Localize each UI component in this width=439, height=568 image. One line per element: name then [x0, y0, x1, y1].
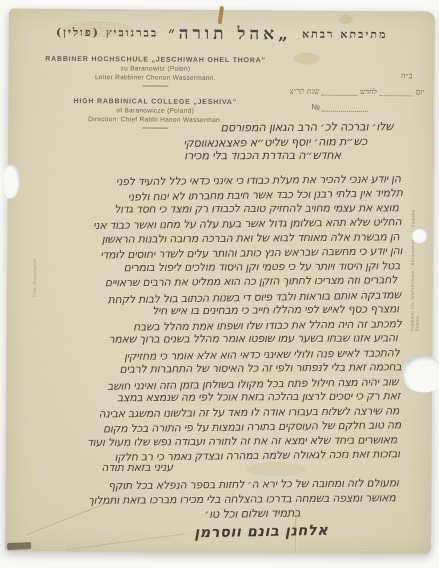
punch-hole: [411, 227, 427, 243]
number-blank: [322, 104, 368, 112]
paper-stain: [339, 15, 353, 24]
side-imprint-left: Druk. Baranowicze: [32, 237, 37, 297]
letter-paper: מתיבתא רבתא „אהל תורה״ בברנוביץ (פולין) …: [5, 9, 435, 555]
top-stain: [218, 6, 224, 24]
date-line: יום לחדש שנת תר״צ: [290, 86, 425, 96]
bottom-left-mark: [7, 542, 31, 550]
masthead-title: „אהל תורה״: [168, 24, 292, 45]
handwritten-body: שלו׳ וברכה לכ׳ הרב הגאון המפורסםכש״ת מוה…: [26, 113, 403, 539]
left-edge-notch: [4, 164, 20, 198]
bh-corner-mark: ב״ה: [401, 71, 413, 80]
number-line: №: [311, 103, 368, 112]
letterhead-divider: [142, 85, 168, 86]
masthead-prefix: מתיבתא רבתא: [302, 28, 388, 42]
masthead-hebrew: מתיבתא רבתא „אהל תורה״ בברנוביץ (פולין): [49, 23, 395, 45]
date-day-label: יום: [416, 87, 425, 96]
letterhead-german: RABBINER HOCHSCHULE „JESCHIWAH OHEL THOR…: [30, 55, 280, 88]
date-year-label: שנת תר״צ: [290, 86, 320, 95]
handwriting-line: מאושר ומצפה בשמחה בדרכו בהצלחה בלי מכירו…: [26, 491, 395, 509]
date-month-label: לחדש: [360, 87, 377, 96]
date-month-blank: [322, 88, 358, 96]
handwriting-line: מוצא את עצמי מחויב להחזיק טובה לכבודו רק…: [28, 201, 398, 217]
crease-line: [295, 497, 296, 554]
paper-stain: [294, 53, 320, 65]
handwriting-line: אחדש״ה בהדרת הכבוד בלי מכירו: [29, 148, 341, 164]
date-day-blank: [379, 88, 413, 96]
handwriting-line: זאת רק כי יסכים לרצון בהלכה בזאת אוכל לפ…: [27, 389, 400, 406]
handwriting-line: עניני בזאת תודה: [27, 460, 173, 476]
letterhead-german-line3: Leiter Rabbiner Chonon Wassermann.: [30, 73, 280, 84]
scan-background: מתיבתא רבתא „אהל תורה״ בברנוביץ (פולין) …: [0, 0, 439, 568]
masthead-suffix: בברנוביץ (פולין): [56, 26, 158, 40]
side-imprint-right: Rabbiner Ch. Wassermann · Baranowicze ul…: [410, 191, 421, 331]
closing-line: בתמיד ושלום וכל טו׳: [26, 506, 300, 524]
handwriting-line: והביע אזנו שבחו בשער עמו שופטו אומר מהלל…: [28, 331, 398, 347]
numero-sign: №: [311, 103, 320, 112]
torn-edge: [398, 351, 439, 397]
